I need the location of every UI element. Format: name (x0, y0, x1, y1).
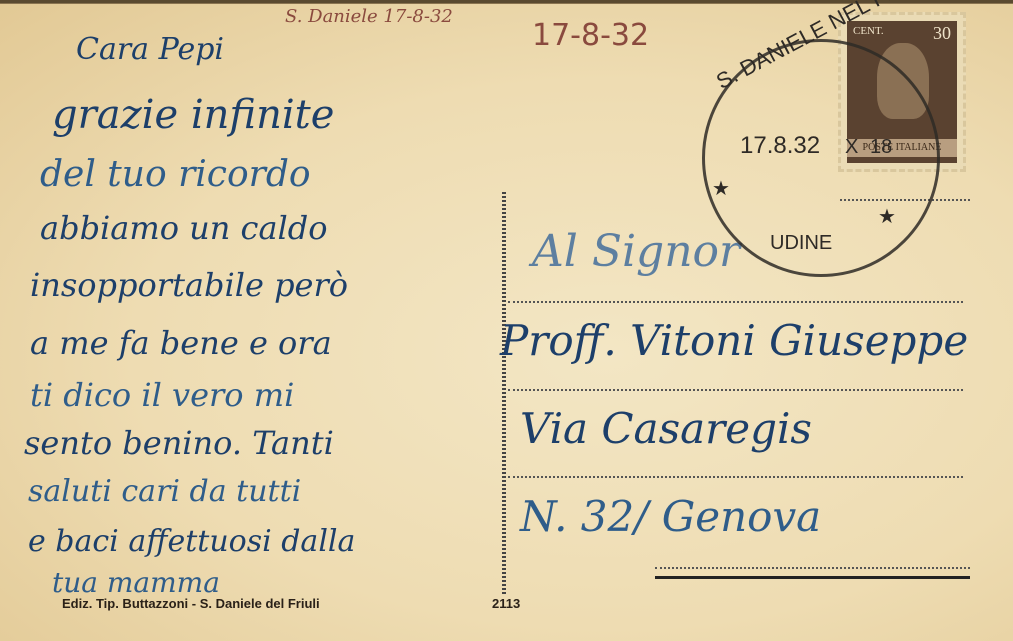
address-rule-solid (655, 576, 970, 579)
center-divider (502, 192, 506, 594)
address-rule (508, 301, 963, 303)
address-rule (508, 476, 963, 478)
address-name: Proff. Vitoni Giuseppe (500, 316, 968, 365)
message-line: insopportabile però (30, 266, 348, 304)
margin-date: 17-8-32 (532, 18, 649, 53)
address-rule (508, 389, 963, 391)
postmark-hour: 18 (870, 136, 892, 159)
postmark-star-icon: ★ (712, 176, 730, 201)
address-rule (655, 567, 970, 569)
publisher-imprint: Ediz. Tip. Buttazzoni - S. Daniele del F… (62, 596, 320, 611)
message-line: Cara Pepi (76, 32, 224, 67)
stamp-value: 30 (933, 23, 951, 44)
postmark-province: UDINE (770, 232, 832, 255)
message-line: del tuo ricordo (40, 154, 311, 195)
address-salutation: Al Signor (532, 226, 740, 277)
message-line: e baci affettuosi dalla (28, 524, 355, 559)
postcard-back: S. Daniele 17-8-32 17-8-32 Cara Pepi gra… (0, 3, 1013, 640)
catalog-number: 2113 (492, 596, 520, 611)
postmark-date: 17.8.32 (740, 132, 820, 160)
message-line: abbiamo un caldo (40, 209, 328, 247)
address-street: Via Casaregis (520, 404, 812, 453)
pencil-place-date: S. Daniele 17-8-32 (285, 6, 453, 27)
message-line: a me fa bene e ora (30, 324, 332, 362)
message-line: saluti cari da tutti (28, 474, 301, 509)
postmark-era: X (845, 136, 858, 159)
message-line: grazie infinite (52, 92, 334, 138)
address-city: N. 32/ Genova (520, 492, 821, 541)
signature: tua mamma (52, 566, 220, 599)
message-line: ti dico il vero mi (30, 376, 294, 414)
stamp-cent-label: CENT. (853, 25, 884, 37)
message-line: sento benino. Tanti (24, 424, 334, 462)
postmark-star-icon: ★ (878, 204, 896, 229)
